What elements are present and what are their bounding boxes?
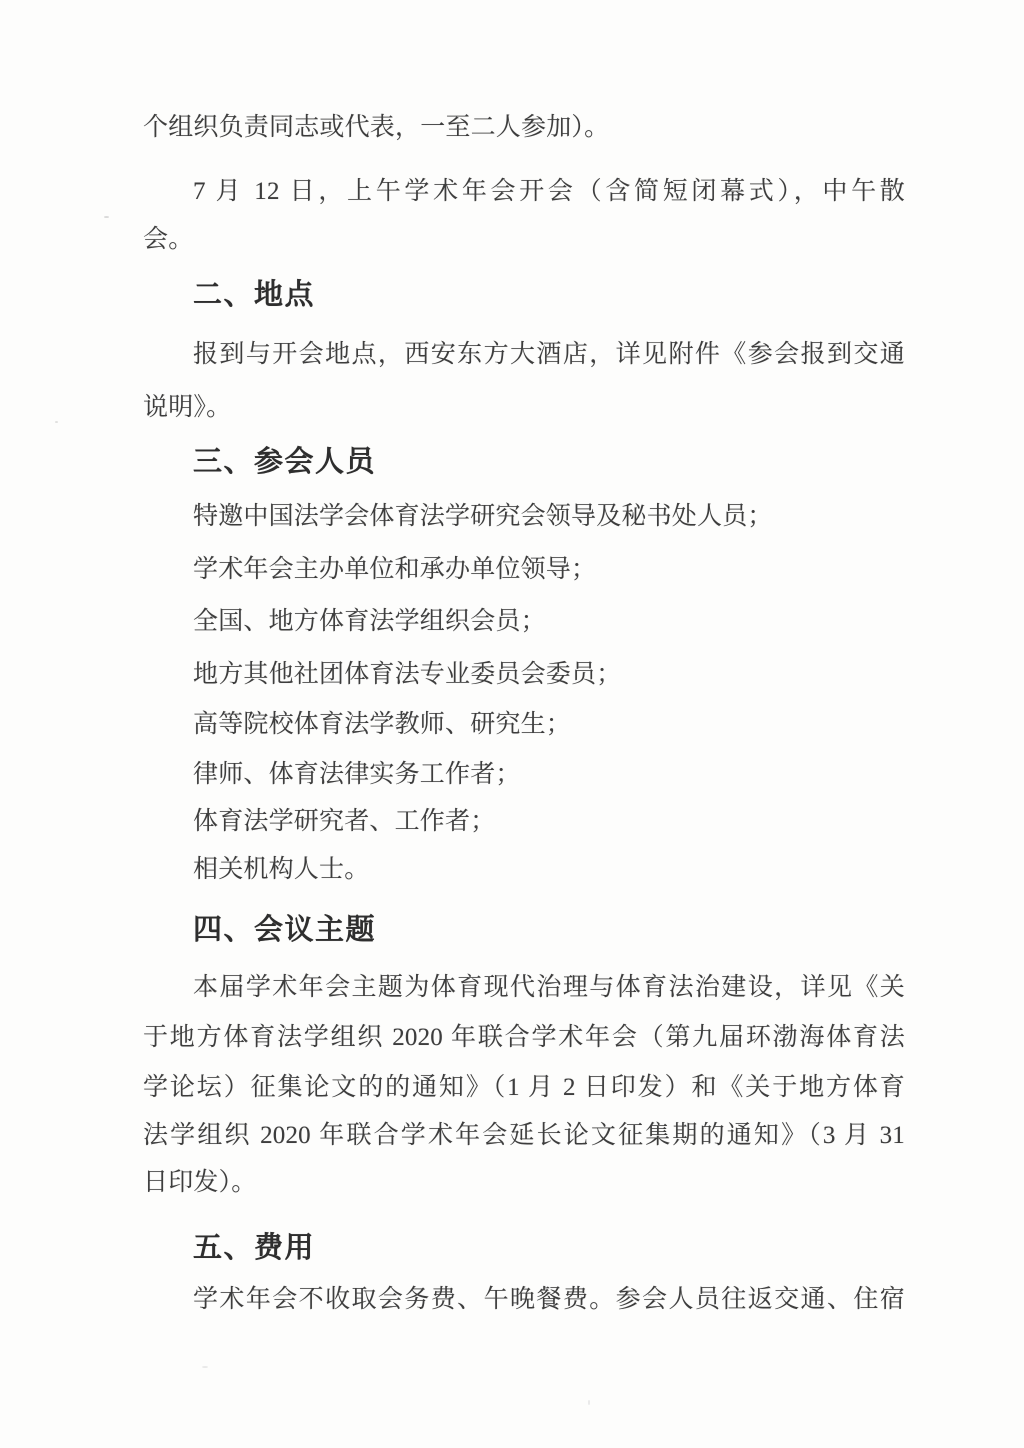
- heading-section-4-theme: 四、会议主题: [143, 904, 905, 956]
- scan-speck: [588, 1400, 590, 1405]
- text-line: 于地方体育法学组织 2020 年联合学术年会（第九届环渤海体育法: [143, 1012, 905, 1064]
- scan-speck: [104, 216, 109, 218]
- list-item: 高等院校体育法学教师、研究生；: [143, 699, 905, 751]
- scan-speck: [55, 421, 58, 423]
- text-line: 日印发）。: [143, 1157, 905, 1209]
- list-item: 相关机构人士。: [143, 844, 905, 896]
- text-line: 学术年会不收取会务费、午晚餐费。参会人员往返交通、住宿: [143, 1274, 905, 1326]
- list-item: 特邀中国法学会体育法学研究会领导及秘书处人员；: [143, 491, 905, 543]
- heading-section-5-fees: 五、费用: [143, 1222, 905, 1274]
- text-line: 本届学术年会主题为体育现代治理与体育法治建设，详见《关: [143, 962, 905, 1014]
- list-item: 全国、地方体育法学组织会员；: [143, 596, 905, 648]
- heading-section-3-participants: 三、参会人员: [143, 436, 905, 488]
- text-line: 个组织负责同志或代表，一至二人参加）。: [143, 102, 905, 154]
- scanned-document-page: 个组织负责同志或代表，一至二人参加）。 7 月 12 日，上午学术年会开会（含简…: [0, 0, 1024, 1448]
- scan-speck: [202, 1366, 208, 1368]
- text-line: 7 月 12 日，上午学术年会开会（含简短闭幕式），中午散: [143, 166, 905, 218]
- text-line: 法学组织 2020 年联合学术年会延长论文征集期的通知》（3 月 31: [143, 1110, 905, 1162]
- list-item: 学术年会主办单位和承办单位领导；: [143, 544, 905, 596]
- list-item: 律师、体育法律实务工作者；: [143, 749, 905, 801]
- text-line: 说明》。: [143, 382, 905, 434]
- list-item: 地方其他社团体育法专业委员会委员；: [143, 649, 905, 701]
- text-line: 报到与开会地点，西安东方大酒店，详见附件《参会报到交通: [143, 329, 905, 381]
- text-line: 会。: [143, 214, 905, 266]
- list-item: 体育法学研究者、工作者；: [143, 796, 905, 848]
- text-line: 学论坛）征集论文的的通知》（1 月 2 日印发）和《关于地方体育: [143, 1062, 905, 1114]
- heading-section-2-location: 二、地点: [143, 269, 905, 321]
